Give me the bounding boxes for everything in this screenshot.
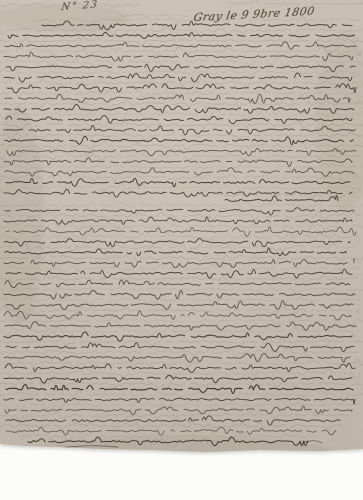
smudge [20,437,340,473]
letter-scan: N° 23 Gray le 9 9bre 1800 [0,0,363,500]
letter-page-svg [0,0,363,500]
paper-sheet [0,0,363,473]
